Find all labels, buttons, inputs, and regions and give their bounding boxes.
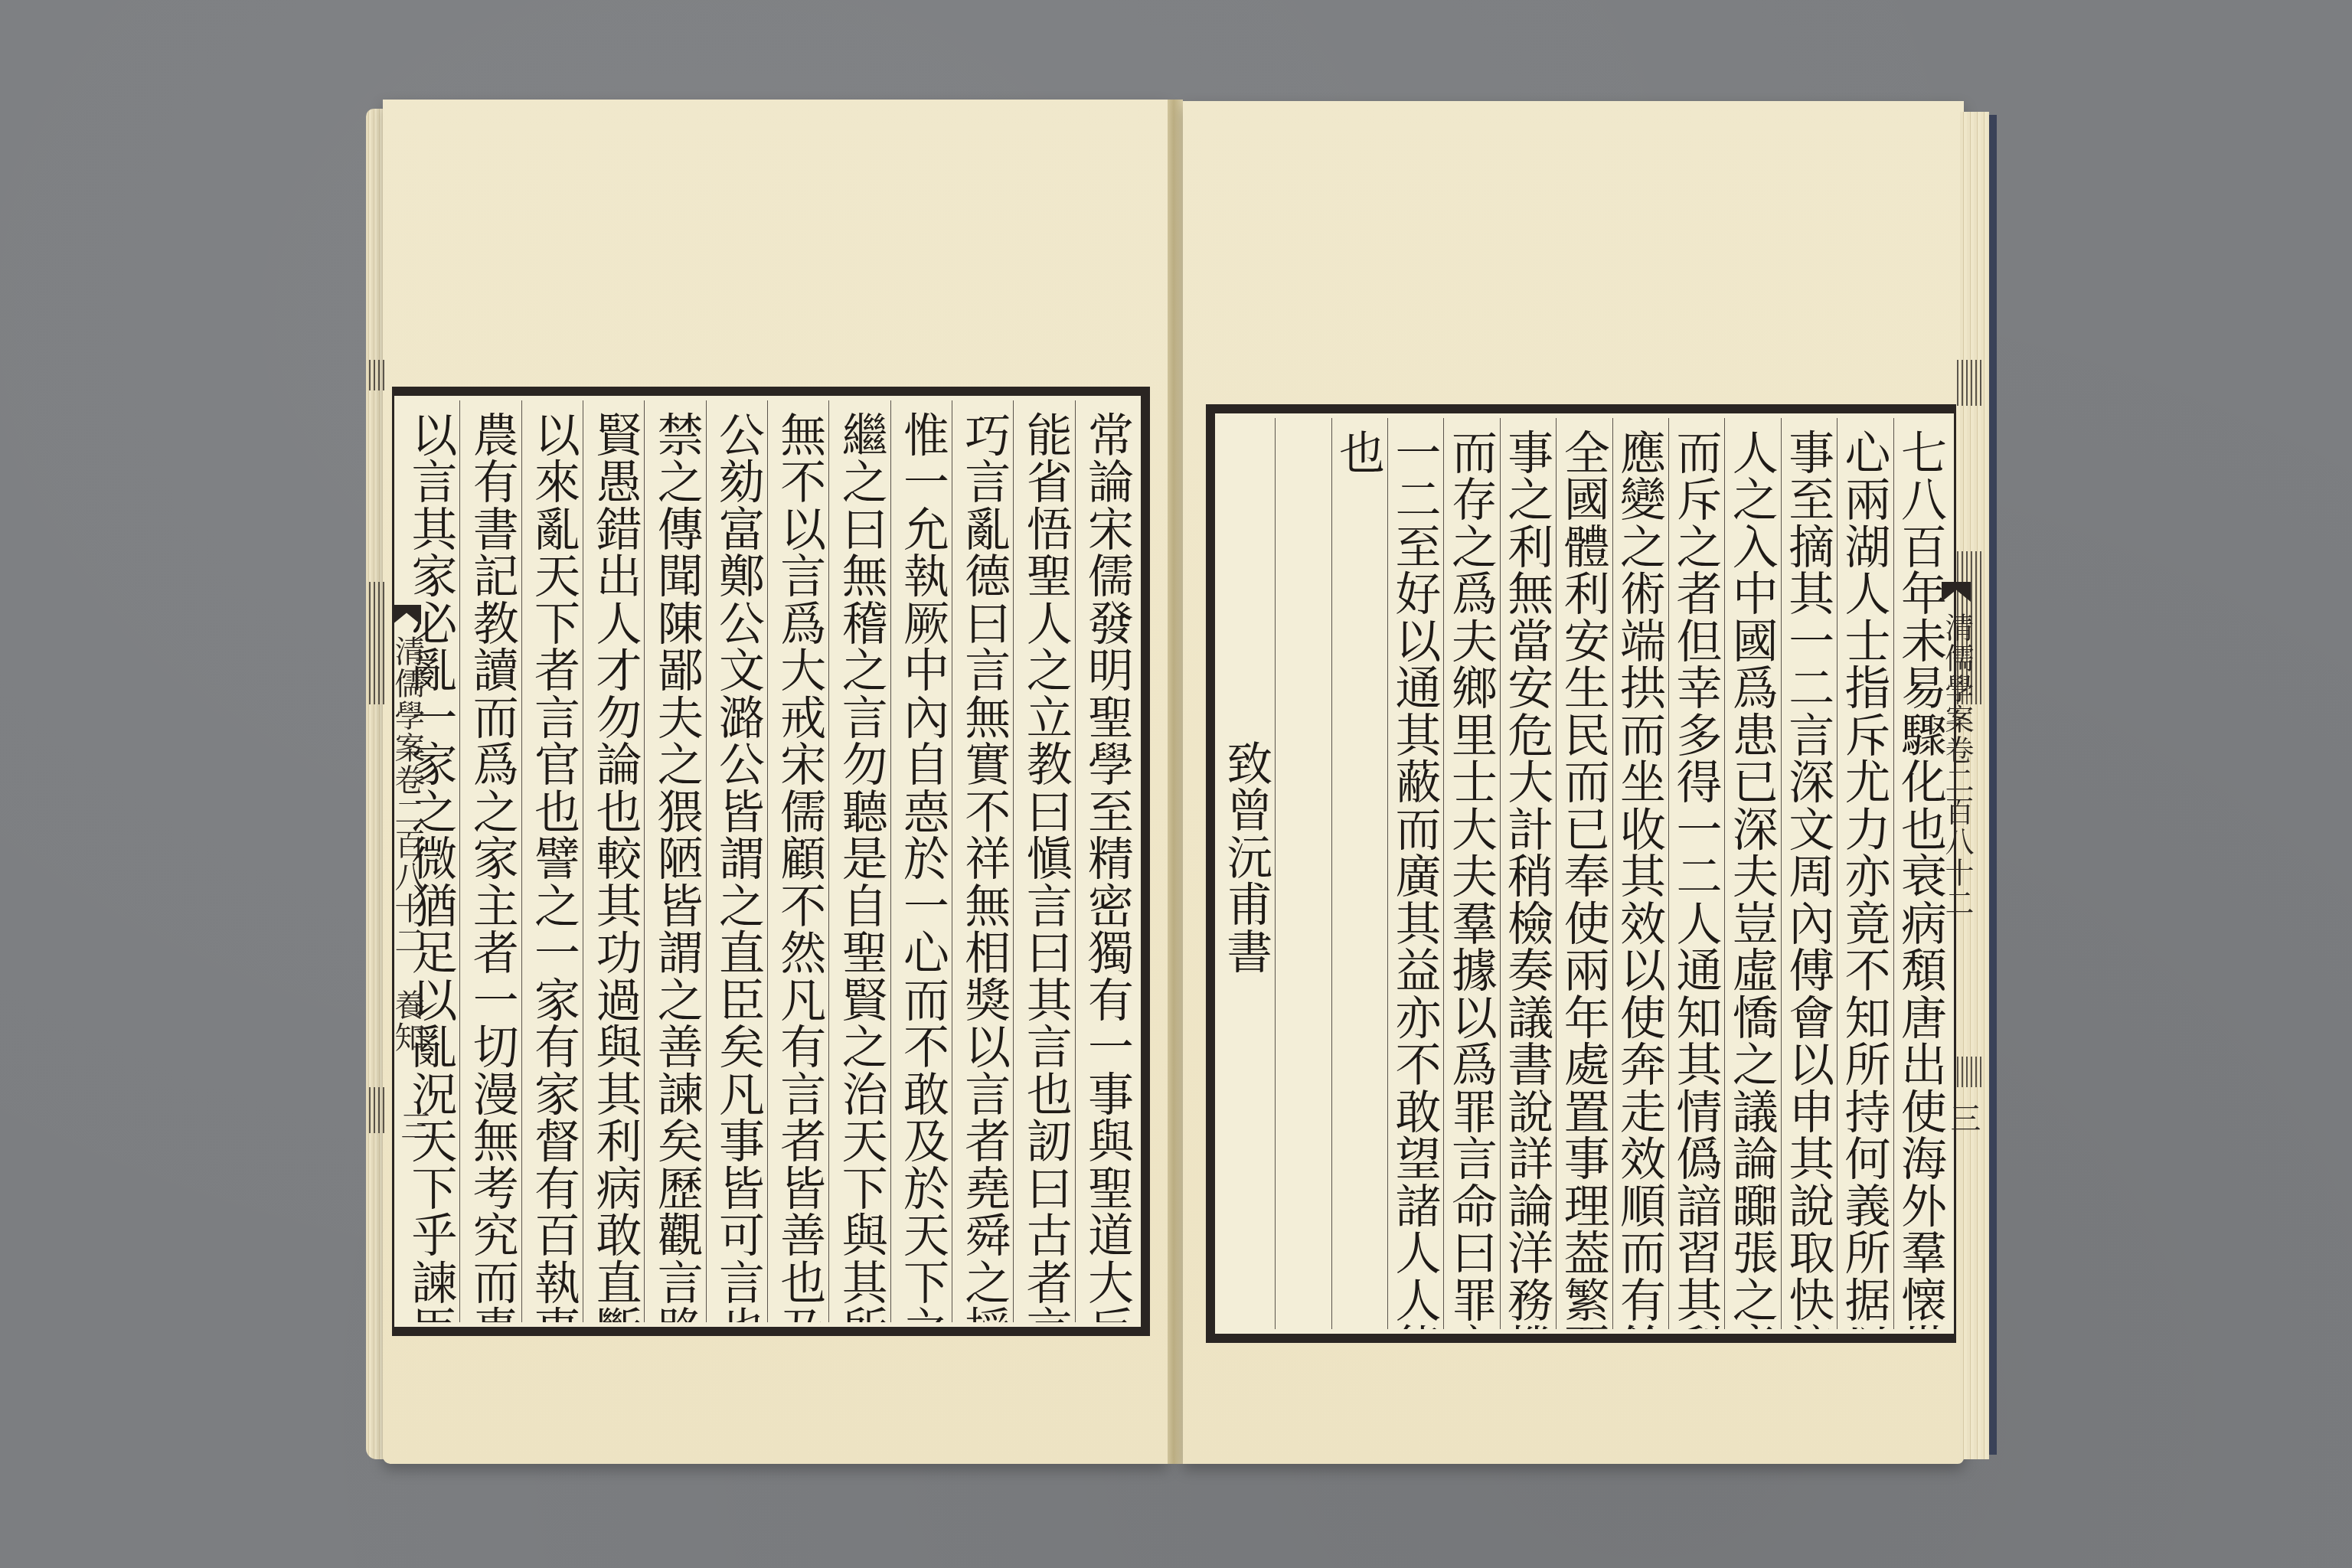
text-column: 繼之曰無稽之言勿聽是自聖賢之治天下與其所以自治者: [828, 400, 890, 1322]
right-edge-ink-mark: [1957, 1057, 1983, 1087]
right-text-columns: 七八百年未易驟化也衰病頽唐出使海外羣懐世人欲殺之 心兩湖人士指斥尤力亦竟不知所持…: [1220, 418, 1949, 1329]
book-gutter: [1168, 100, 1183, 1464]
text-column: 巧言亂德曰言無實不祥無相獎以言者堯舜之授禹曰惟精: [952, 400, 1013, 1322]
text-column: 公劾富鄭公文潞公皆謂之直臣矣凡事皆可言也乃至採宮: [706, 400, 767, 1322]
text-column: 應變之術端拱而坐收其效以使奔走效順而有餘非徒以保: [1612, 418, 1668, 1329]
text-column: 賢愚錯出人才勿論也較其功過與其利病敢直斷之曰自宋: [583, 400, 644, 1322]
left-page-number: 三: [392, 1110, 436, 1141]
text-column: 一二至好以通其蔽而廣其益亦不敢望諸人人能喻知此理: [1387, 418, 1443, 1329]
text-column: 禁之傳聞陳鄙夫之猥陋皆謂之善諫矣歷觀言路得失其間: [644, 400, 705, 1322]
text-column: 人之入中國爲患已深夫豈虛憍之議論嚻張之意氣所能攘: [1724, 418, 1780, 1329]
text-column-end: 也: [1331, 418, 1387, 1329]
text-column: 事之利無當安危大計稍檢奏議書說詳論洋務機宜數通刊: [1500, 418, 1556, 1329]
left-edge-ink-mark: [369, 360, 386, 390]
left-text-frame: 常論宋儒發明聖學至精密獨有一事與聖道大反數百年無 能省悟聖人之立教曰愼言曰其言也…: [392, 387, 1150, 1336]
book-cover-edge: [1989, 115, 1997, 1455]
right-edge-ink-mark: [1957, 360, 1983, 406]
left-edge-ink-mark: [369, 582, 386, 704]
text-column: 惟一允執厥中內自𢛳於一心而不敢及於天下之得失而卽: [890, 400, 952, 1322]
right-text-frame: 七八百年未易驟化也衰病頽唐出使海外羣懐世人欲殺之 心兩湖人士指斥尤力亦竟不知所持…: [1206, 404, 1956, 1343]
text-column: 事至摘其一二言深文周內傅會以申其說取快流俗竊論洋: [1781, 418, 1837, 1329]
text-column-blank: [1275, 418, 1331, 1329]
left-banxin-label: 清儒學案卷二百八十二 養知: [392, 635, 423, 1053]
text-column: 常論宋儒發明聖學至精密獨有一事與聖道大反數百年無: [1075, 400, 1136, 1322]
text-column: 心兩湖人士指斥尤力亦竟不知所持何義所据以爲罪者何: [1837, 418, 1893, 1329]
text-column: 農有書記教讀而爲之家主者一切漫無考究而專責一二人: [459, 400, 521, 1322]
text-column: 能省悟聖人之立教曰愼言曰其言也訒曰古者言之不出曰: [1013, 400, 1074, 1322]
left-text-columns: 常論宋儒發明聖學至精密獨有一事與聖道大反數百年無 能省悟聖人之立教曰愼言曰其言也…: [399, 400, 1136, 1322]
text-column: 以來亂天下者言官也譬之一家有家督有百執事有役耕之: [521, 400, 583, 1322]
text-column: 而斥之者但幸多得一二人通知其情僞諳習其利病卽多一: [1668, 418, 1724, 1329]
text-column: 無不以言爲大戒宋儒顧不然凡有言者皆善也乃至劾歐陽: [767, 400, 828, 1322]
text-column: 而存之爲夫鄉里士大夫羣據以爲罪言命曰罪言存略質諸: [1443, 418, 1499, 1329]
right-banxin-label: 清儒學案卷二百八十二: [1942, 612, 1972, 919]
section-title: 致曾沅甫書: [1220, 418, 1275, 1329]
left-edge-ink-mark: [369, 1087, 386, 1133]
text-column: 全國體利安生民而已奉使兩年處置事理葢繁要皆一時一: [1556, 418, 1612, 1329]
right-page-number: 三: [1942, 1102, 1985, 1133]
